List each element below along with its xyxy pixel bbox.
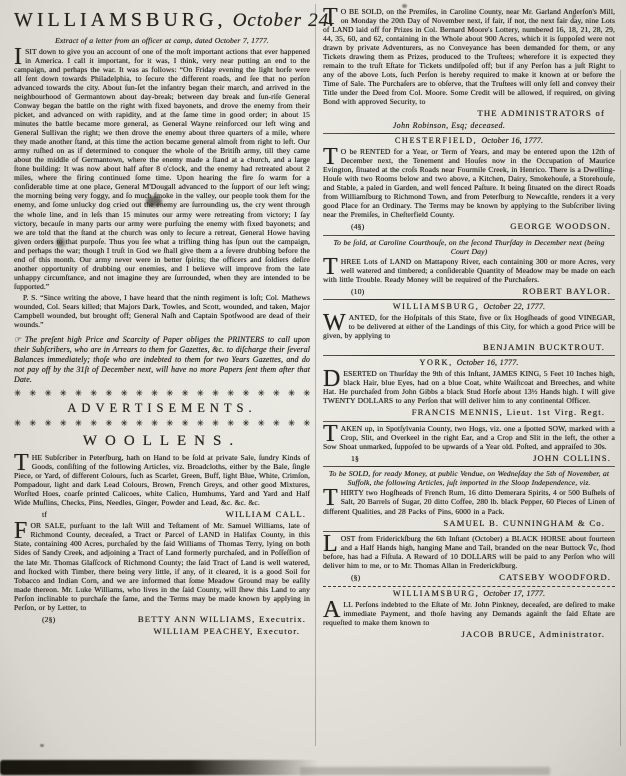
- ad-taken-up-signature-name: JOHN COLLINS.: [533, 453, 611, 463]
- ad-land-halifax-signature-name: BETTY ANN WILLIAMS, Executrix.: [138, 614, 306, 624]
- ad-vendue-intro: To be SOLD, for ready Money, at public V…: [327, 469, 611, 487]
- ad-tenement-rental-signature-mark: (4§): [351, 222, 364, 231]
- chesterfield-dateline: CHESTERFIELD, October 16, 1777.: [323, 136, 615, 146]
- ad-mattapony-signature-mark: (10): [351, 287, 364, 296]
- ad-mattapony-lots-dropcap: T: [323, 257, 341, 275]
- ad-deserted-signature: FRANCIS MENNIS, Lieut. 1st Virg. Regt.: [323, 407, 605, 417]
- ad-land-halifax-dropcap: F: [14, 521, 30, 539]
- ad-woollens: THE Subſcriber in Peterſburg, hath on Ha…: [14, 453, 310, 507]
- ad-woollens-signature-name: WILLIAM CALL.: [226, 509, 306, 519]
- ad-pinkney-signature-name: JACOB BRUCE, Administrator.: [462, 629, 605, 639]
- ad-caroline-lottery-dropcap: T: [323, 7, 341, 25]
- ad-vendue-signature: SAMUEL B. CUNNINGHAM & Co.: [323, 518, 605, 528]
- section-rule: [323, 586, 615, 587]
- left-column: WILLIAMSBURG, October 24.Extract of a le…: [14, 7, 310, 638]
- letter-body: ISIT down to give you an account of one …: [14, 47, 310, 291]
- section-rule: [323, 531, 615, 532]
- ad-lost-horse-signature-mark: (§): [351, 573, 360, 582]
- ad-land-halifax-signature-2-name: WILLIAM PEACHEY, Executor.: [153, 626, 300, 636]
- section-rule: [323, 421, 615, 422]
- ad-lost-horse-signature: (§)CATSEBY WOODFORD.: [351, 572, 611, 582]
- masthead-city: WILLIAMSBURG,: [14, 9, 227, 31]
- chesterfield-dateline-date: October 16, 1777.: [481, 136, 543, 145]
- ad-mattapony-signature: (10)ROBERT BAYLOR.: [351, 286, 611, 296]
- ad-tenement-rental-signature: (4§)GEORGE WOODSON.: [351, 221, 611, 231]
- estate-dateline-date: October 17, 1777.: [483, 589, 545, 598]
- advertisements-heading: ADVERTISEMENTS.: [14, 401, 310, 416]
- scan-artifact-bottom-smudge: [300, 767, 550, 775]
- ad-vendue-signature-name: SAMUEL B. CUNNINGHAM & Co.: [443, 518, 605, 528]
- vinegar-dateline-date: October 22, 1777.: [483, 302, 545, 311]
- ad-tenement-rental-signature-name: GEORGE WOODSON.: [510, 221, 611, 231]
- ad-tenement-rental-dropcap: T: [323, 147, 341, 165]
- section-rule: [323, 133, 615, 134]
- ad-woollens-dropcap: T: [14, 453, 32, 471]
- ad-deserted-signature-name: FRANCIS MENNIS, Lieut. 1st Virg. Regt.: [412, 407, 605, 417]
- letter-dateline: Extract of a letter from an officer at c…: [14, 36, 310, 45]
- right-edge-rule: [620, 70, 621, 746]
- right-column: TO BE SOLD, on the Premiſes, in Caroline…: [323, 7, 615, 642]
- letter-postscript: P. S. “Since writing the above, I have h…: [14, 293, 310, 329]
- masthead-date: October 24.: [227, 10, 335, 31]
- scan-artifact-speck: [40, 744, 44, 747]
- ad-vendue-goods: THIRTY two Hogſheads of French Rum, 16 d…: [323, 488, 615, 515]
- ad-vendue-goods-dropcap: T: [323, 488, 341, 506]
- ornament-row-top: ✳ ✳ ✳ ✳ ✳ ✳ ✳ ✳ ✳ ✳ ✳ ✳ ✳ ✳ ✳ ✳ ✳ ✳ ✳ ✳ …: [14, 389, 310, 399]
- york-dateline-date: October 16, 1777.: [457, 358, 519, 367]
- ad-pinkney-signature: JACOB BRUCE, Administrator.: [323, 629, 605, 639]
- section-rule: [323, 299, 615, 300]
- ad-deserted-dropcap: D: [323, 369, 343, 387]
- ad-lost-horse-dropcap: L: [323, 534, 341, 552]
- ad-taken-up-signature: 1§JOHN COLLINS.: [351, 453, 611, 463]
- woollens-heading: WOOLLENS.: [14, 433, 310, 451]
- ad-land-halifax-signature-2: WILLIAM PEACHEY, Executor.: [14, 626, 300, 636]
- york-dateline: YORK, October 16, 1777.: [323, 358, 615, 368]
- york-dateline-place: YORK,: [419, 358, 456, 367]
- vinegar-dateline: WILLIAMSBURG, October 22, 1777.: [323, 302, 615, 312]
- ad-caroline-lottery: TO BE SOLD, on the Premiſes, in Caroline…: [323, 7, 615, 106]
- ad-lost-horse-signature-name: CATSEBY WOODFORD.: [499, 572, 611, 582]
- ad-woollens-signature-mark: tf: [42, 510, 47, 519]
- chesterfield-dateline-place: CHESTERFIELD,: [395, 136, 481, 145]
- ad-pinkney-estate: ALL Perſons indebted to the Eſtate of Mr…: [323, 600, 615, 627]
- scan-artifact-bottom-bar: [0, 760, 318, 775]
- ad-vinegar-signature: BENJAMIN BUCKTROUT.: [323, 342, 605, 352]
- ad-woollens-signature: tfWILLIAM CALL.: [42, 509, 306, 519]
- ad-mattapony-intro: To be ſold, at Caroline Courthouſe, on t…: [327, 238, 611, 256]
- ad-vinegar-signature-name: BENJAMIN BUCKTROUT.: [483, 342, 605, 352]
- ad-mattapony-lots: THREE Lots of LAND on Mattapony River, e…: [323, 257, 615, 284]
- ad-vinegar-wanted: WANTED, for the Hoſpitals of this State,…: [323, 313, 615, 340]
- ad-caroline-lottery-signature-2: John Robinson, Esq; deceased.: [323, 121, 575, 131]
- ornament-row-bottom: ✳ ✳ ✳ ✳ ✳ ✳ ✳ ✳ ✳ ✳ ✳ ✳ ✳ ✳ ✳ ✳ ✳ ✳ ✳ ✳ …: [14, 419, 310, 429]
- ad-mattapony-signature-name: ROBERT BAYLOR.: [522, 286, 611, 296]
- ad-caroline-lottery-signature: THE ADMINISTRATORS of: [323, 108, 605, 118]
- estate-dateline-place: WILLIAMSBURG,: [393, 589, 484, 598]
- ad-land-halifax: FOR SALE, purſuant to the laſt Will and …: [14, 521, 310, 611]
- ad-caroline-lottery-signature-2-name: John Robinson, Esq; deceased.: [393, 121, 506, 130]
- ad-caroline-lottery-signature-name: THE ADMINISTRATORS of: [477, 108, 605, 118]
- masthead: WILLIAMSBURG, October 24.: [14, 9, 310, 33]
- ad-deserted: DESERTED on Thurſday the 9th of this Inſ…: [323, 369, 615, 405]
- ad-taken-up-dropcap: T: [323, 424, 341, 442]
- section-rule: [323, 466, 615, 467]
- column-divider-rule: [315, 4, 316, 746]
- ad-taken-up: TAKEN up, in Spotſylvania County, two Ho…: [323, 424, 615, 451]
- estate-dateline: WILLIAMSBURG, October 17, 1777.: [323, 589, 615, 599]
- ad-taken-up-signature-mark: 1§: [351, 454, 359, 463]
- section-rule: [323, 235, 615, 236]
- printers-notice: ☞ The preſent high Price and Scarcity of…: [14, 335, 310, 385]
- letter-body-dropcap: I: [14, 47, 25, 65]
- ad-lost-horse: LOST from Friderickſburg the 6th Inſtant…: [323, 534, 615, 570]
- ad-tenement-rental: TO be RENTED for a Year, or Term of Year…: [323, 147, 615, 219]
- newspaper-page: WILLIAMSBURG, October 24.Extract of a le…: [0, 0, 626, 776]
- ad-pinkney-estate-dropcap: A: [323, 600, 343, 618]
- section-rule: [323, 355, 615, 356]
- ad-vinegar-wanted-dropcap: W: [323, 313, 349, 331]
- ad-land-halifax-signature-mark: (2§): [42, 615, 55, 624]
- ad-land-halifax-signature: (2§)BETTY ANN WILLIAMS, Executrix.: [42, 614, 306, 624]
- vinegar-dateline-place: WILLIAMSBURG,: [393, 302, 484, 311]
